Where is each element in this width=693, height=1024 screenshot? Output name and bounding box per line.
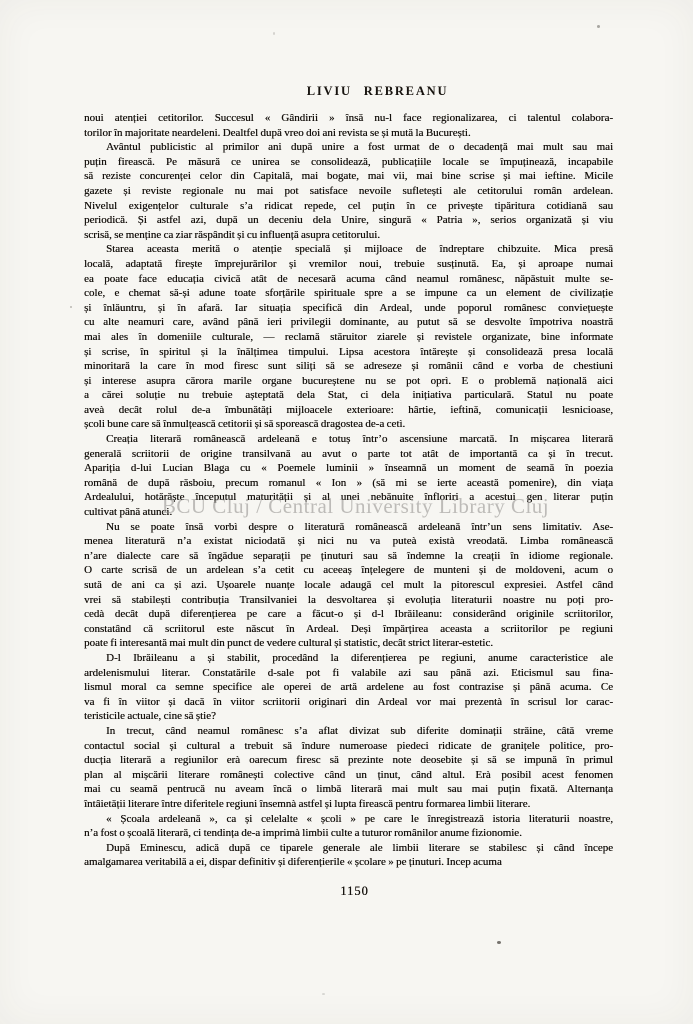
text-line: contactul social și cultural a trebuit s… <box>84 739 613 754</box>
text-line: cu alte neamuri care, având până ieri pr… <box>84 315 613 330</box>
text-line: mai ales în domeniile culturale, — recla… <box>84 330 613 345</box>
text-line: cedà decât după diferențierea pe care a … <box>84 607 613 622</box>
text-line: ea poate face educația civică atât de ne… <box>84 272 613 287</box>
text-line: In trecut, când neamul românesc s’a afla… <box>84 724 613 739</box>
text-line: plan al mișcării literare românești cole… <box>84 768 613 783</box>
text-line: întâietății literare între diferitele re… <box>84 797 613 812</box>
paragraph: După Eminescu, adică după ce tiparele ge… <box>84 841 613 870</box>
text-line: cultivat până atunci. <box>84 505 613 520</box>
text-line: puțin firească. Pe măsură ce unirea se c… <box>84 155 613 170</box>
text-line: O carte scrisă de un ardelean s’a cetit … <box>84 563 613 578</box>
scan-speck <box>322 993 325 995</box>
paragraph: In trecut, când neamul românesc s’a afla… <box>84 724 613 812</box>
text-line: ducția literară a regiunilor erà oarecum… <box>84 753 613 768</box>
paragraph: Avântul publicistic al primilor ani după… <box>84 140 613 242</box>
text-line: Ardealului, hotărăște începutul maturită… <box>84 490 613 505</box>
paragraph: Nu se poate însă vorbì despre o literatu… <box>84 520 613 651</box>
paragraph: noui atenției cetitorilor. Succesul « Gâ… <box>84 111 613 140</box>
text-line: După Eminescu, adică după ce tiparele ge… <box>84 841 613 856</box>
paragraph: D-l Ibrăileanu a și stabilit, procedând … <box>84 651 613 724</box>
paragraph: Creația literară românească ardeleană e … <box>84 432 613 520</box>
text-line: « Școala ardeleană », ca și celelalte « … <box>84 812 613 827</box>
text-line: și înlăuntru, și în afară. Iar situația … <box>84 301 613 316</box>
text-line: gazete și reviste regionale nu mai pot s… <box>84 184 613 199</box>
text-line: scrisă, se menține ca ziar răspândit și … <box>84 228 613 243</box>
text-line: Apariția d-lui Lucian Blaga cu « Poemele… <box>84 461 613 476</box>
text-line: Nu se poate însă vorbì despre o literatu… <box>84 520 613 535</box>
text-line: torilor în majoritate neardeleni. Dealtf… <box>84 126 613 141</box>
text-line: cole, e chemat să-și adune toate sforțăr… <box>84 286 613 301</box>
text-line: vrei să stabilești contribuția Transilva… <box>84 593 613 608</box>
text-line: n’a fost o școală literară, ci tendința … <box>84 826 613 841</box>
text-line: va fi în viitor și dacă în viitor scriit… <box>84 695 613 710</box>
text-line: generală scriitorii de origine transilva… <box>84 447 613 462</box>
paragraph: « Școala ardeleană », ca și celelalte « … <box>84 812 613 841</box>
running-header: LIVIU REBREANU <box>84 84 613 99</box>
text-line: Starea aceasta merită o atenție specială… <box>84 242 613 257</box>
page-number: 1150 <box>84 884 613 899</box>
text-line: școli bune care să înmulțească cetitorii… <box>84 417 613 432</box>
text-line: periodică. Și astfel azi, după un deceni… <box>84 213 613 228</box>
text-line: Creația literară românească ardeleană e … <box>84 432 613 447</box>
text-line: noui atenției cetitorilor. Succesul « Gâ… <box>84 111 613 126</box>
scan-speck <box>273 32 275 35</box>
text-line: locală, adaptată firește împrejurărilor … <box>84 257 613 272</box>
text-block: noui atenției cetitorilor. Succesul « Gâ… <box>84 111 613 870</box>
text-line: să reziste concurenței celor din Capital… <box>84 169 613 184</box>
text-line: română de după răsboiu, precum romanul «… <box>84 476 613 491</box>
text-line: minoritară la care în mod firesc sunt si… <box>84 359 613 374</box>
text-line: amalgamarea veritabilă a ei, dispar defi… <box>84 855 613 870</box>
text-line: constatând că scriitorul este născut în … <box>84 622 613 637</box>
text-line: mai cu seamă pentrucă nu aveam încă o li… <box>84 782 613 797</box>
text-line: a cărei soluție nu trebuie așteptată del… <box>84 388 613 403</box>
text-line: aveà decât rolul de-a îmbunătăți mijloac… <box>84 403 613 418</box>
scan-speck <box>597 25 600 28</box>
scan-speck <box>497 941 501 944</box>
scan-speck <box>70 306 72 308</box>
text-line: lismul moral ca semne specifice ale oper… <box>84 680 613 695</box>
text-line: n’are dialecte care să îngădue separații… <box>84 549 613 564</box>
text-line: poate fi interesantă mai mult din punct … <box>84 636 613 651</box>
text-line: și interese asupra cărora marile organe … <box>84 374 613 389</box>
text-line: D-l Ibrăileanu a și stabilit, procedând … <box>84 651 613 666</box>
text-line: Avântul publicistic al primilor ani după… <box>84 140 613 155</box>
text-line: teristicile actuale, cine să știe? <box>84 709 613 724</box>
paragraph: Starea aceasta merită o atenție specială… <box>84 242 613 432</box>
scanned-page: LIVIU REBREANU noui atenției cetitorilor… <box>0 0 693 1024</box>
text-line: menea literatură n’a existat niciodată ș… <box>84 534 613 549</box>
text-line: Nivelul exigențelor culturale s’a ridica… <box>84 199 613 214</box>
text-line: și scrise, în spiritul și la înălțimea t… <box>84 345 613 360</box>
text-line: ardelenismului literar. Constatările d-s… <box>84 666 613 681</box>
text-line: sută de ani ca și azi. Ușoarele nuanțe l… <box>84 578 613 593</box>
